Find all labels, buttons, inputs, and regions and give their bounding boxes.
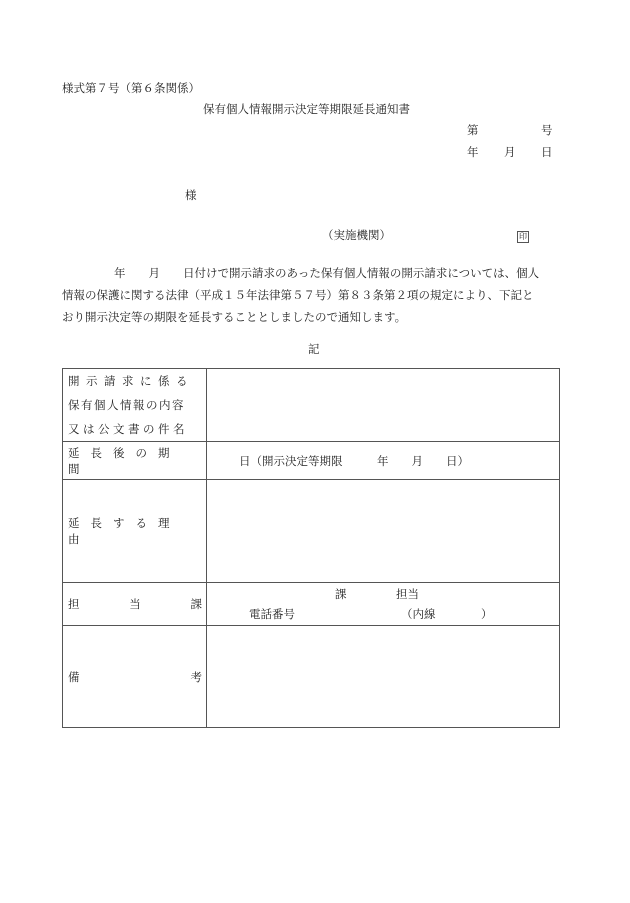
department-value-cell[interactable]: 課 担当 電話番号 （内線 ） (207, 583, 560, 626)
date-month: 月 (504, 144, 516, 160)
label-reason: 延長する理由 (63, 480, 207, 583)
row-department: 担 当 課 課 担当 電話番号 （内線 ） (63, 583, 560, 626)
label-line-2: 保有個人情報の内容 (68, 393, 202, 417)
body-line-3: おり開示決定等の期限を延長することとしましたので通知します。 (62, 306, 562, 328)
label-line-3: 又は公文書の件名 (68, 417, 202, 441)
phone-label: 電話番号 (249, 606, 295, 622)
ki-heading: 記 (308, 341, 320, 357)
row-period: 延長後の期間 日（開示決定等期限 年 月 日） (63, 442, 560, 480)
content-value-cell[interactable] (207, 369, 560, 442)
date-year: 年 (467, 144, 479, 160)
label-remarks: 備 考 (63, 626, 207, 728)
body-line-2: 情報の保護に関する法律（平成１５年法律第５７号）第８３条第２項の規定により、下記… (62, 284, 562, 306)
label-period: 延長後の期間 (63, 442, 207, 480)
tanto-label: 担当 (396, 586, 419, 602)
label-content: 開示請求に係る 保有個人情報の内容 又は公文書の件名 (63, 369, 207, 442)
form-number: 様式第７号（第６条関係） (62, 80, 200, 96)
doc-number-suffix: 号 (541, 122, 553, 138)
period-value-cell[interactable]: 日（開示決定等期限 年 月 日） (207, 442, 560, 480)
body-line-1: 年 月 日付けで開示請求のあった保有個人情報の開示請求については、個人 (62, 262, 562, 284)
row-reason: 延長する理由 (63, 480, 560, 583)
date-day: 日 (541, 144, 553, 160)
remarks-value-cell[interactable] (207, 626, 560, 728)
row-content: 開示請求に係る 保有個人情報の内容 又は公文書の件名 (63, 369, 560, 442)
addressee-suffix: 様 (185, 187, 197, 203)
naisen-open: （内線 (401, 606, 436, 622)
document-title: 保有個人情報開示決定等期限延長通知書 (203, 101, 410, 117)
doc-number-prefix: 第 (467, 122, 479, 138)
issuer-label: （実施機関） (322, 227, 391, 243)
body-text: 年 月 日付けで開示請求のあった保有個人情報の開示請求については、個人 情報の保… (62, 262, 562, 328)
reason-value-cell[interactable] (207, 480, 560, 583)
seal-icon: 印 (517, 228, 529, 243)
ka-label: 課 (335, 586, 347, 602)
label-department: 担 当 課 (63, 583, 207, 626)
naisen-close: ） (481, 606, 493, 622)
extension-table: 開示請求に係る 保有個人情報の内容 又は公文書の件名 延長後の期間 日（開示決定… (62, 368, 560, 728)
label-line-1: 開示請求に係る (68, 369, 202, 393)
row-remarks: 備 考 (63, 626, 560, 728)
